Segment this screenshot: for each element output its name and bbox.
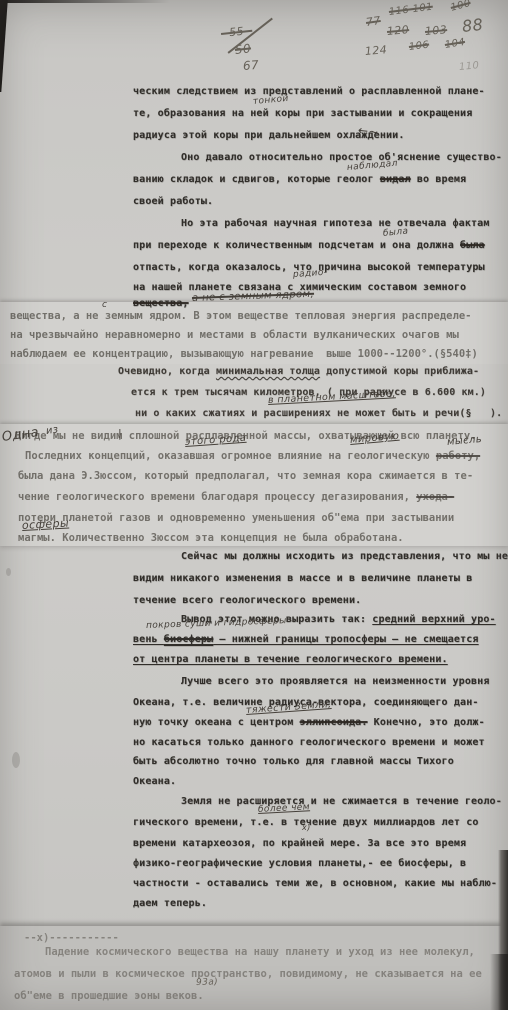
typed-line: Океана. (133, 776, 176, 788)
typed-segment-u: – нижней границы тропосферы – не смещает… (213, 634, 478, 645)
typed-segment: видим никакого изменения в массе и в вел… (133, 573, 472, 584)
typed-segment: на чрезвычайно неравномерно и местами в … (10, 329, 459, 341)
smudge (12, 752, 20, 768)
typed-line: наблюдаем ее концентрацию, вызывающую на… (10, 348, 478, 361)
typed-segment: магмы. Количественно Зюссом эта концепци… (18, 532, 404, 544)
typed-segment: Земля не расширяется и не сжимается в те… (181, 796, 502, 807)
typed-line: времени катархеозоя, по крайней мере. За… (133, 838, 466, 850)
typed-line: Сейчас мы должны исходить из представлен… (181, 551, 508, 563)
typed-segment: быть абсолютно точно только для главной … (133, 756, 454, 767)
typed-segment: течение всего геологического времени. (133, 595, 361, 606)
typed-line: физико-географические условия планеты,- … (133, 858, 466, 870)
typed-line: даем теперь. (133, 898, 207, 910)
handwritten-annotation: 100 (450, 0, 472, 14)
typed-line: Лучше всего это проявляется на неизменно… (181, 676, 490, 688)
typed-line: на чрезвычайно неравномерно и местами в … (10, 329, 459, 342)
typed-line: те, образования на ней коры при застыван… (133, 108, 472, 120)
handwritten-annotation: 104 (444, 37, 466, 51)
typed-line: своей работы. (133, 196, 213, 208)
handwritten-annotation: с (102, 300, 107, 310)
handwritten-annotation: 124 (364, 43, 387, 58)
scan-edge-bottom-right (490, 954, 508, 1010)
typed-line: была дана Э.Зюссом, который предполагал,… (18, 470, 473, 483)
handwritten-annotation: была (382, 226, 408, 239)
typed-line: ванию складок и сдвигов, которые геолог … (133, 174, 466, 186)
typed-segment: ни о каких сжатиях и расширениях не може… (135, 408, 502, 419)
typed-line: об"еме в прошедшие эоны веков. (14, 990, 204, 1003)
typed-line: вещества, а не земным ядром. В этом веще… (10, 310, 471, 323)
typed-line: Оно давало относительно простое об'яснен… (181, 152, 502, 164)
typed-line: при переходе к количественным подсчетам … (133, 240, 485, 252)
typed-segment: Очевидно, когда (118, 366, 216, 377)
typed-segment: Лучше всего это проявляется на неизменно… (181, 676, 490, 687)
typed-segment: потери планетой газов и одновременно уме… (18, 512, 454, 524)
typed-segment: Падение космического вещества на нашу пл… (45, 946, 475, 958)
handwritten-annotation: 103 (424, 23, 447, 38)
typed-line: Земля не расширяется и не сжимается в те… (181, 796, 502, 808)
typed-segment-s: видал (380, 174, 411, 185)
typed-segment-su: биосферы (164, 634, 213, 645)
typed-line: ную точку океана с центром эллипсоида. К… (133, 717, 485, 729)
typed-segment: при переходе к количественным подсчетам … (133, 240, 460, 251)
typed-segment: допустимой коры приближа- (320, 366, 479, 377)
handwritten-annotation: 88 (461, 15, 484, 36)
handwritten-annotation: из (45, 424, 59, 437)
typed-segment: ную точку океана с центром (133, 717, 300, 728)
typed-line: --х)----------- (24, 932, 119, 945)
scan-edge-top (0, 0, 170, 3)
typed-line: быть абсолютно точно только для главной … (133, 756, 454, 768)
handwritten-annotation: покров суши и гидросферы (146, 616, 287, 631)
handwritten-annotation: 67 (243, 58, 260, 73)
scan-edge-top-left (0, 0, 13, 92)
typed-line: течение всего геологического времени. (133, 595, 361, 607)
typed-segment-s: вещества, (133, 298, 189, 309)
typed-segment: ческим следствием из представлений о рас… (133, 86, 485, 97)
handwritten-annotation: 106 (408, 40, 429, 53)
typed-line: но касаться только данного геологическог… (133, 737, 485, 749)
handwritten-annotation: 77 (365, 14, 381, 29)
typed-line: вещества, (133, 298, 189, 310)
typed-segment: Но эта рабочая научная гипотеза не отвеч… (181, 218, 490, 229)
typed-line: частности - оставались теми же, в основн… (133, 878, 497, 890)
smudge (6, 568, 11, 576)
typed-segment: чение геологического времени благодаря п… (18, 491, 416, 503)
typed-line: ни о каких сжатиях и расширениях не може… (135, 408, 502, 420)
scan-page: ческим следствием из представлений о рас… (0, 0, 508, 1010)
typed-line: видим никакого изменения в массе и в вел… (133, 573, 472, 585)
typed-segment: те, образования на ней коры при застыван… (133, 108, 472, 119)
handwritten-annotation: 110 (459, 60, 480, 73)
typed-line: вень биосферы – нижней границы тропосфер… (133, 634, 479, 646)
typed-line: магмы. Количественно Зюссом эта концепци… (18, 532, 404, 545)
handwritten-annotation: радио- (293, 268, 328, 280)
typed-line: Последних концепций, оказавшая огромное … (25, 450, 480, 463)
typed-line: Падение космического вещества на нашу пл… (45, 946, 475, 959)
typed-segment: времени катархеозоя, по крайней мере. За… (133, 838, 466, 849)
typed-segment: вещества, а не земным ядром. В этом веще… (10, 310, 471, 322)
typed-segment: физико-географические условия планеты,- … (133, 858, 466, 869)
handwritten-annotation: ˆ (163, 302, 168, 312)
handwritten-annotation: тонкой (253, 94, 290, 107)
typed-segment: но касаться только данного геологическог… (133, 737, 485, 748)
typed-segment: во время (411, 174, 467, 185)
typed-line: атомов и пыли в космическое пространство… (14, 968, 482, 981)
typed-segment-u: вень (133, 634, 164, 645)
handwritten-annotation: 120 (386, 23, 409, 38)
typed-line: потери планетой газов и одновременно уме… (18, 512, 454, 525)
typed-segment: Оно давало относительно простое об'яснен… (181, 152, 502, 163)
typed-segment: Последних концепций, оказавшая огромное … (25, 450, 436, 462)
typed-segment: атомов и пыли в космическое пространство… (14, 968, 482, 980)
typed-segment: частности - оставались теми же, в основн… (133, 878, 497, 889)
typed-segment: наблюдаем ее концентрацию, вызывающую на… (10, 348, 478, 360)
handwritten-annotation: более чем (258, 802, 310, 815)
typed-segment: Конечно, это долж- (368, 717, 485, 728)
typed-segment: даем теперь. (133, 898, 207, 909)
typed-segment: Океана. (133, 776, 176, 787)
typed-segment: ванию складок и сдвигов, которые геолог (133, 174, 380, 185)
typed-segment: об"еме в прошедшие эоны веков. (14, 990, 204, 1002)
handwritten-annotation: х) (302, 823, 311, 832)
typed-line: чение геологического времени благодаря п… (18, 491, 454, 504)
typed-segment-w: минимальная толща (216, 366, 320, 377)
typed-line: ческим следствием из представлений о рас… (133, 86, 485, 98)
typed-line: от центра планеты в течение геологическо… (133, 654, 448, 666)
handwritten-annotation: | (118, 427, 122, 440)
typed-segment-u: от центра планеты в течение геологическо… (133, 654, 448, 665)
typed-segment: Сейчас мы должны исходить из представлен… (181, 551, 508, 562)
handwritten-annotation: осферы (22, 517, 70, 532)
typed-segment: была дана Э.Зюссом, который предполагал,… (18, 470, 473, 482)
typed-segment-s: эллипсоида. (300, 717, 368, 728)
handwritten-annotation: 93а) (196, 977, 218, 988)
handwritten-annotation: ←~ (357, 123, 379, 139)
typed-segment-s: работу, (436, 450, 480, 462)
typed-segment-u: средний верхний уро- (372, 614, 495, 625)
typed-segment: своей работы. (133, 196, 213, 207)
typed-line: Очевидно, когда минимальная толща допуст… (118, 366, 479, 378)
typed-segment-s: была (460, 240, 485, 251)
typed-line: Но эта рабочая научная гипотеза не отвеч… (181, 218, 490, 230)
typed-segment: --х)----------- (24, 932, 119, 944)
typed-segment-s: ухода- (416, 491, 454, 503)
handwritten-annotation: 116 101 (388, 2, 433, 18)
